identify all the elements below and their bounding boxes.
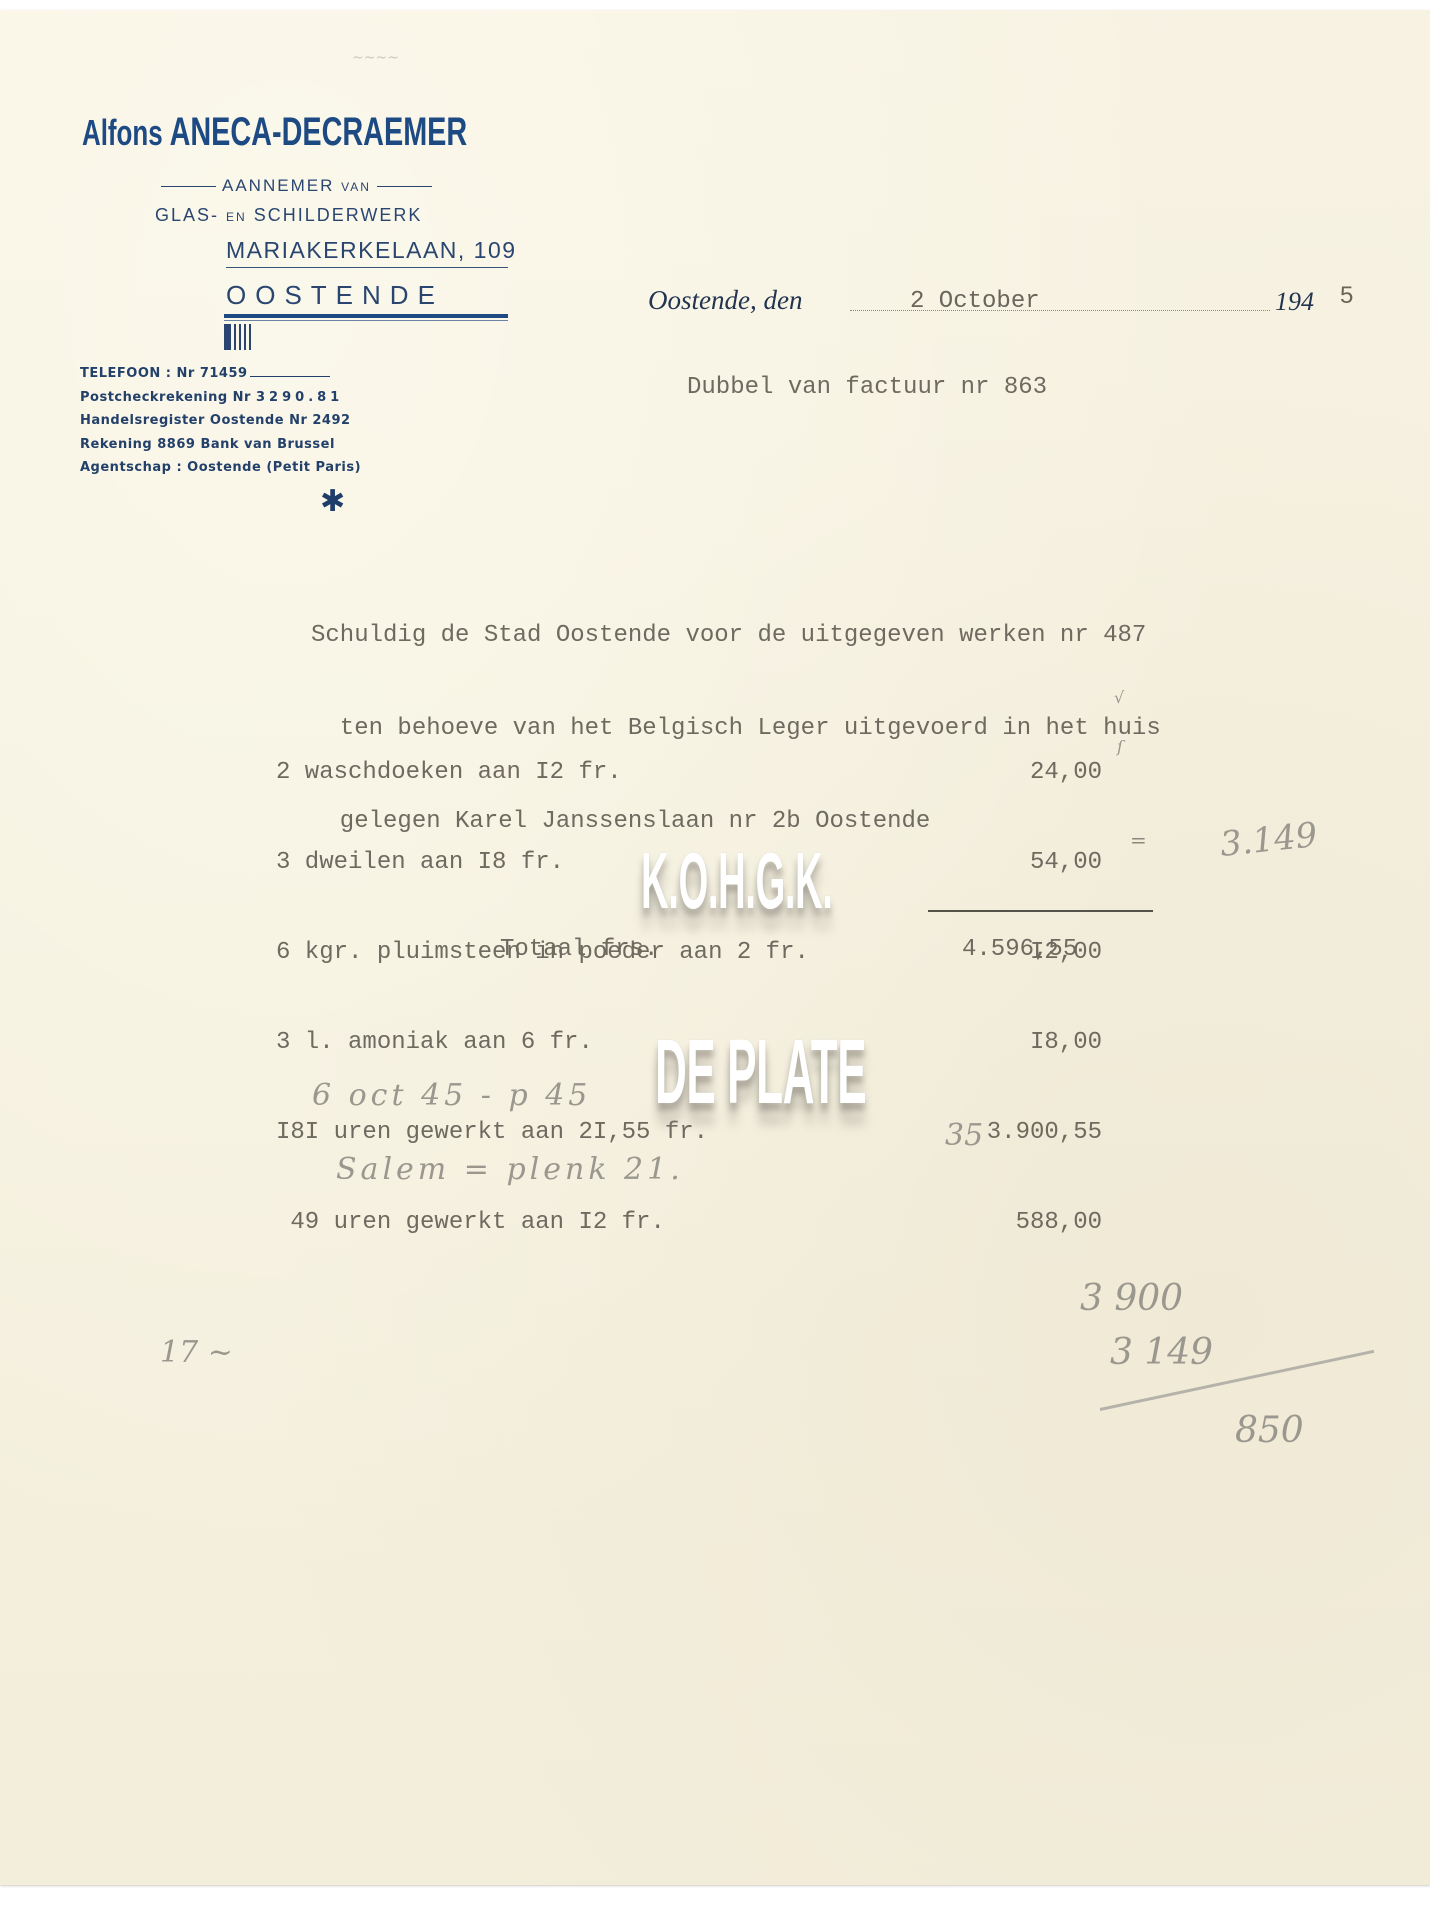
asterisk-ornament-icon: ✱ <box>320 484 345 519</box>
postcheck-line: Postcheckrekening Nr 3290.81 <box>80 386 361 410</box>
company-last-name: ANECA-DECRAEMER <box>170 110 468 154</box>
trade-label: AANNEMER <box>222 176 334 195</box>
line-item-amount: 588,00 <box>930 1208 1102 1238</box>
agency-line: Agentschap : Oostende (Petit Paris) <box>80 456 361 480</box>
total-label: Totaal frs. <box>500 936 658 963</box>
date-place-label: Oostende, den <box>648 285 802 316</box>
line-item-amount: I8,00 <box>930 1028 1102 1058</box>
invoice-reference: Dubbel van factuur nr 863 <box>687 374 1047 401</box>
telephone-line: TELEFOON : Nr 71459 <box>80 362 361 386</box>
pencil-smudge: ~~~~ <box>352 50 399 66</box>
decorative-rule <box>250 376 330 377</box>
trade-glas: GLAS- <box>155 205 219 225</box>
postcheck-label: Postcheckrekening Nr <box>80 390 251 405</box>
decorative-rule <box>161 186 216 187</box>
pencil-margin-figure: 3.149 <box>1218 815 1319 865</box>
postcheck-value: 3290.81 <box>256 390 343 405</box>
total-value: 4.596,55 <box>962 936 1077 963</box>
document-page: Alfons ANECA-DECRAEMER AANNEMER VAN GLAS… <box>0 10 1430 1885</box>
pencil-calc-subtrahend: 3 149 <box>1110 1332 1213 1373</box>
watermark-de-plate: DE PLATE <box>655 1020 866 1125</box>
pencil-note-line-2: Salem = plenk 21. <box>336 1152 684 1187</box>
description-line: Schuldig de Stad Oostende voor de uitgeg… <box>311 620 1161 651</box>
trade-line-2: GLAS- EN SCHILDERWERK <box>155 205 422 226</box>
telephone-text: TELEFOON : Nr 71459 <box>80 366 248 381</box>
line-item-descriptions: 2 waschdoeken aan I2 fr. 3 dweilen aan I… <box>276 698 809 1298</box>
check-mark-icon: ſ <box>1117 737 1123 756</box>
pencil-calc-result: 850 <box>1235 1410 1304 1451</box>
logo-bars-icon <box>224 324 258 352</box>
line-item-amounts: 24,00 54,00 I2,00 I8,00 3.900,55 588,00 <box>930 698 1102 1298</box>
trade-en: EN <box>226 210 247 224</box>
street-address: MARIAKERKELAAN, 109 <box>226 237 508 268</box>
year-typed-digit: 5 <box>1340 282 1353 310</box>
letterhead-rule-thin <box>224 320 508 321</box>
bank-account-line: Rekening 8869 Bank van Brussel <box>80 433 361 457</box>
company-name: Alfons ANECA-DECRAEMER <box>82 110 467 155</box>
line-item-description: 49 uren gewerkt aan I2 fr. <box>276 1208 809 1238</box>
watermark-kohgk: K.O.H.G.K. <box>641 835 832 927</box>
pencil-equals-mark: = <box>1130 828 1147 852</box>
city-name: OOSTENDE <box>226 280 444 311</box>
pencil-note-superscript: 35 <box>945 1118 983 1153</box>
handelsregister-line: Handelsregister Oostende Nr 2492 <box>80 409 361 433</box>
letterhead-rule-thick <box>224 314 508 318</box>
trade-label-small: VAN <box>341 180 371 194</box>
date-value: 2 October <box>910 288 1040 315</box>
trade-line-1: AANNEMER VAN <box>155 176 438 196</box>
line-item-amount: 24,00 <box>930 758 1102 788</box>
pencil-note-line-1: 6 oct 45 - p 45 <box>312 1078 591 1113</box>
line-item-amount: 54,00 <box>930 848 1102 878</box>
pencil-calc-minuend: 3 900 <box>1080 1278 1183 1319</box>
trade-schilderwerk: SCHILDERWERK <box>254 205 423 225</box>
company-info-block: TELEFOON : Nr 71459 Postcheckrekening Nr… <box>80 362 361 480</box>
pencil-scribble: 17 ~ <box>160 1335 233 1370</box>
line-item-description: 2 waschdoeken aan I2 fr. <box>276 758 809 788</box>
decorative-rule <box>377 186 432 187</box>
sum-rule <box>928 910 1153 912</box>
check-mark-icon: √ <box>1114 688 1124 707</box>
year-printed: 194 <box>1275 287 1314 317</box>
company-first-name: Alfons <box>82 112 163 153</box>
